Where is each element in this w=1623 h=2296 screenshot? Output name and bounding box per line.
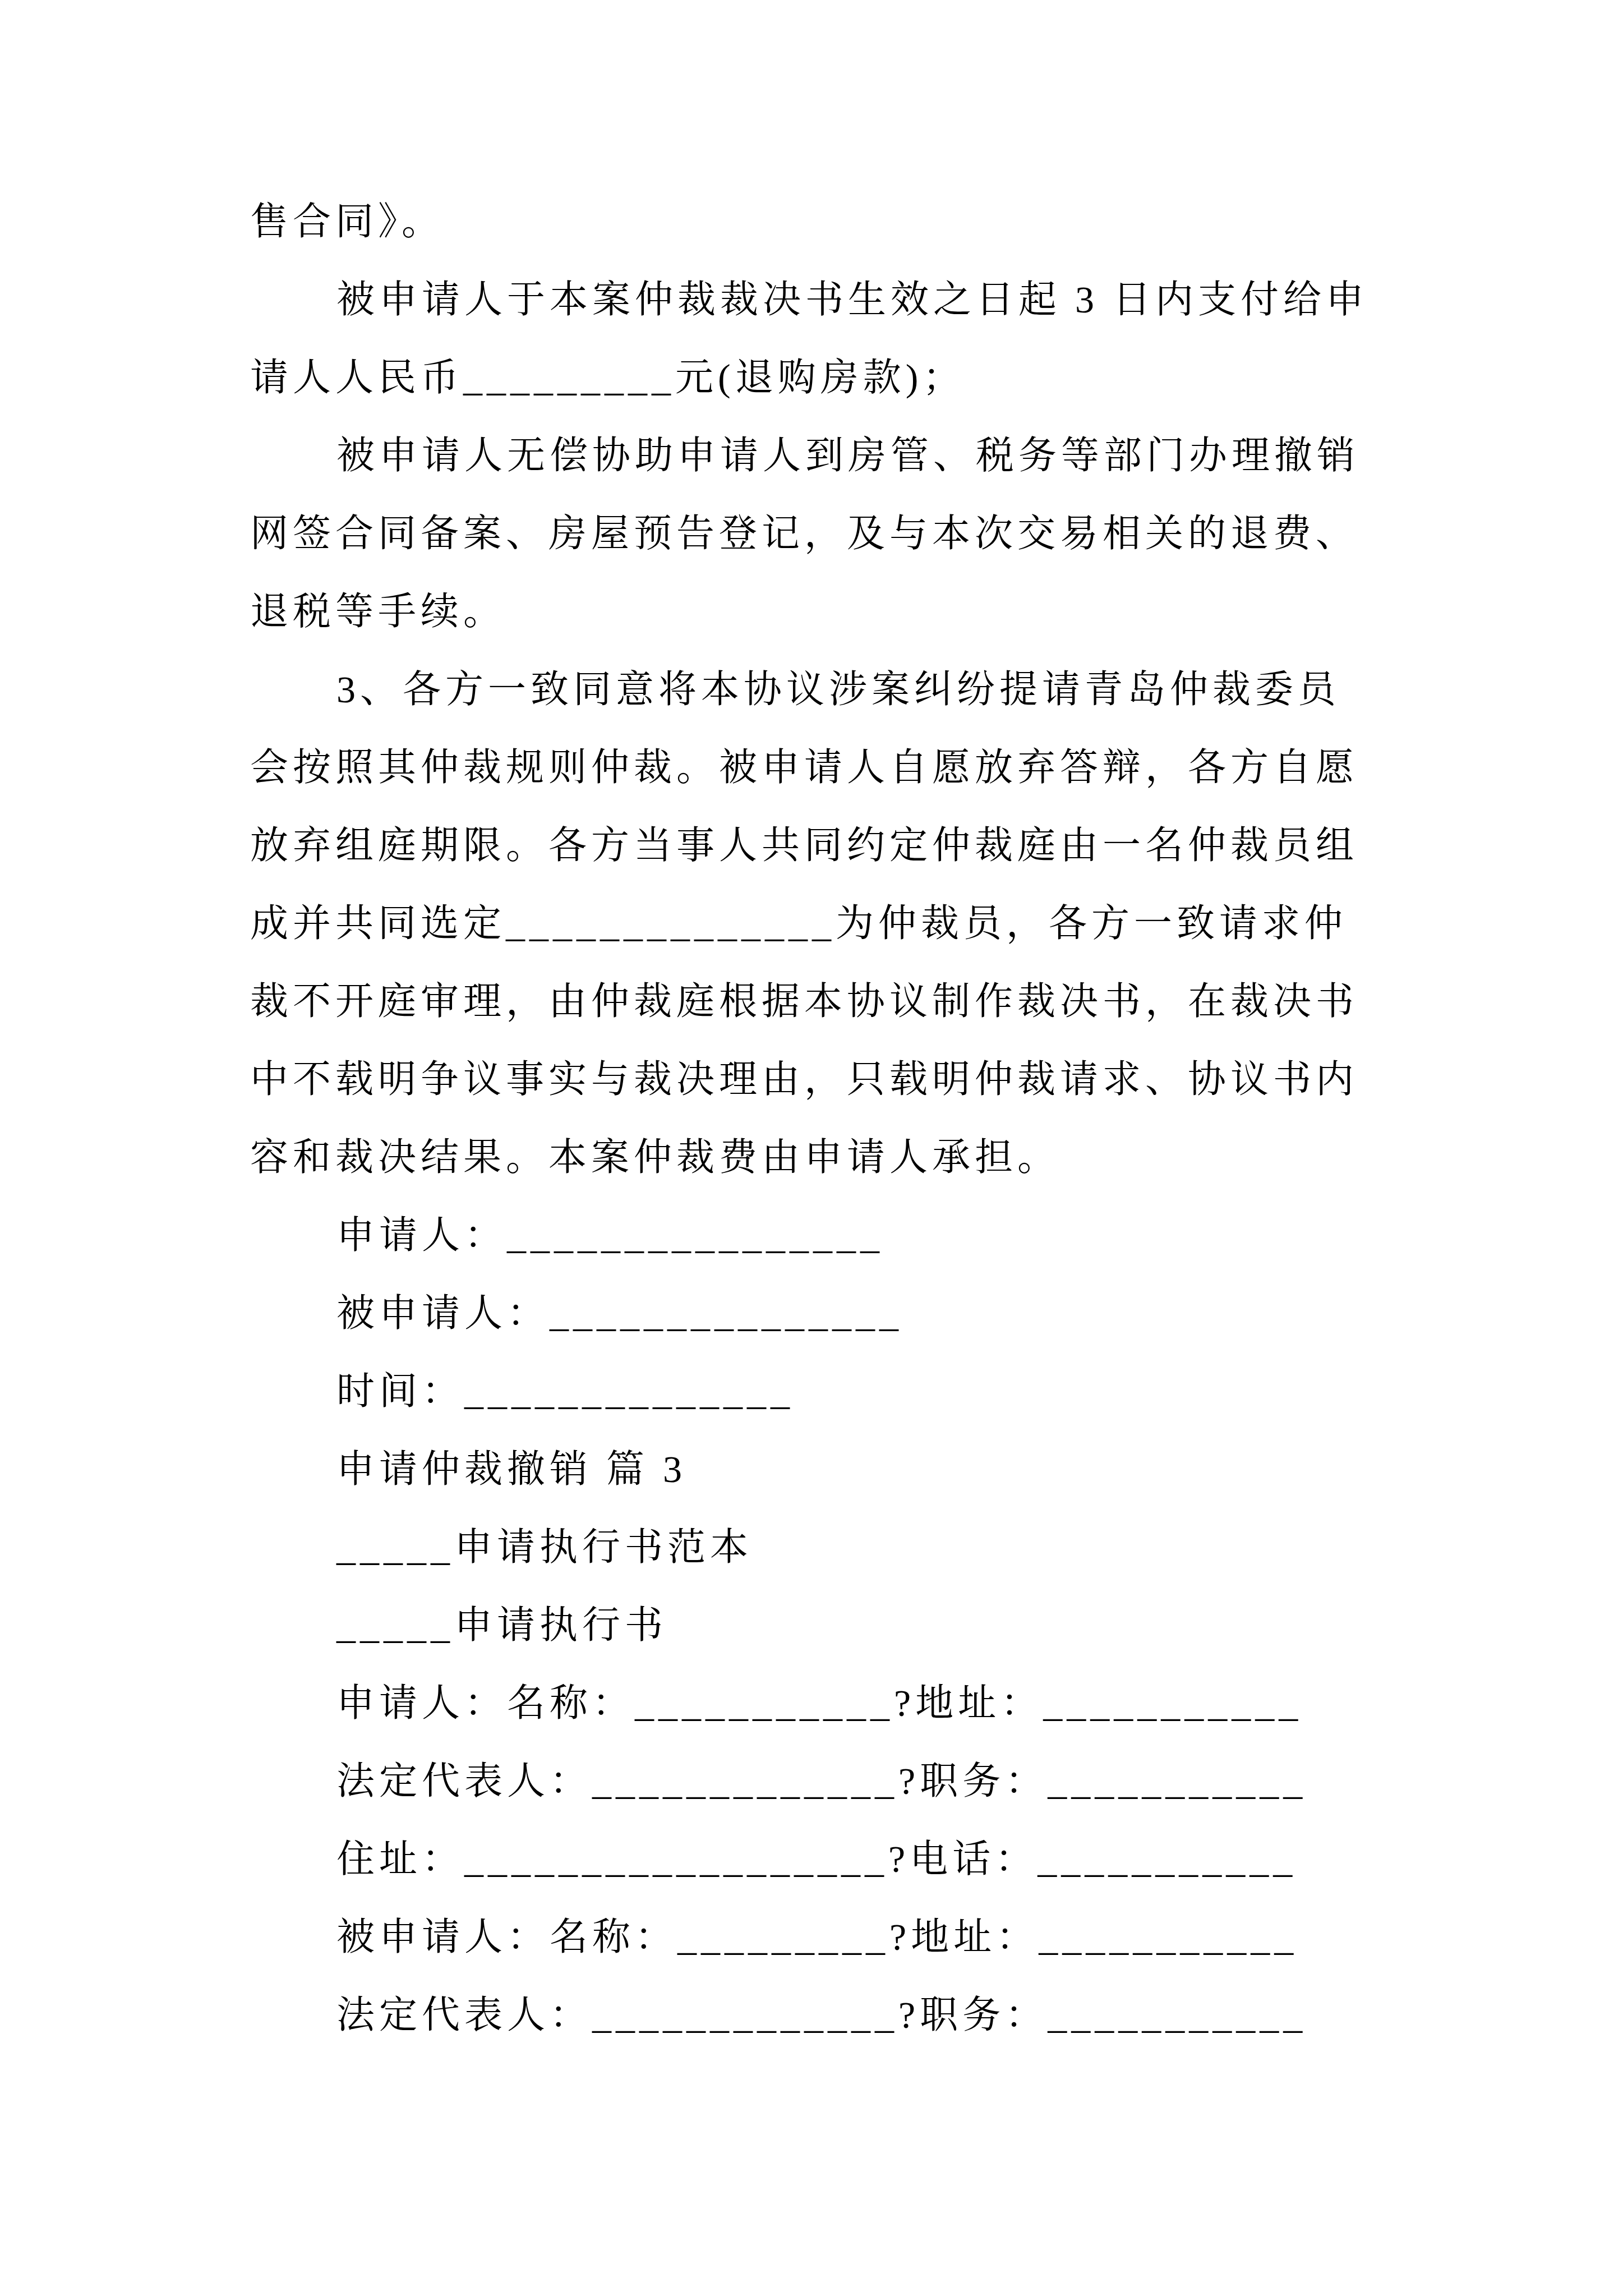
document-line: 退税等手续。 bbox=[250, 573, 1377, 651]
document-line: 被申请人于本案仲裁裁决书生效之日起 3 日内支付给申 bbox=[250, 261, 1377, 339]
document-line: 被申请人：_______________ bbox=[250, 1274, 1377, 1352]
document-line: 成并共同选定______________为仲裁员，各方一致请求仲 bbox=[250, 885, 1377, 963]
document-line: 法定代表人：_____________?职务：___________ bbox=[250, 1976, 1377, 2054]
document-line: 裁不开庭审理，由仲裁庭根据本协议制作裁决书，在裁决书 bbox=[250, 963, 1377, 1041]
document-line: 住址：__________________?电话：___________ bbox=[250, 1820, 1377, 1898]
document-line: 3、各方一致同意将本协议涉案纠纷提请青岛仲裁委员 bbox=[250, 651, 1377, 729]
document-line: 申请人：________________ bbox=[250, 1197, 1377, 1274]
document-line: 法定代表人：_____________?职务：___________ bbox=[250, 1742, 1377, 1820]
document-line: _____申请执行书范本 bbox=[250, 1508, 1377, 1586]
document-line: 被申请人无偿协助申请人到房管、税务等部门办理撤销 bbox=[250, 417, 1377, 495]
document-line: 申请仲裁撤销 篇 3 bbox=[250, 1430, 1377, 1508]
document-line: 网签合同备案、房屋预告登记，及与本次交易相关的退费、 bbox=[250, 495, 1377, 573]
document-line: 被申请人：名称：_________?地址：___________ bbox=[250, 1898, 1377, 1976]
document-line: 申请人：名称：___________?地址：___________ bbox=[250, 1664, 1377, 1742]
document-line: 时间：______________ bbox=[250, 1352, 1377, 1430]
document-line: _____申请执行书 bbox=[250, 1586, 1377, 1664]
document-line: 容和裁决结果。本案仲裁费由申请人承担。 bbox=[250, 1119, 1377, 1197]
document-line: 请人人民币_________元(退购房款)； bbox=[250, 339, 1377, 417]
document-line: 中不载明争议事实与裁决理由，只载明仲裁请求、协议书内 bbox=[250, 1041, 1377, 1119]
document-line: 售合同》。 bbox=[250, 183, 1377, 261]
document-line: 会按照其仲裁规则仲裁。被申请人自愿放弃答辩，各方自愿 bbox=[250, 729, 1377, 807]
document-page: 售合同》。被申请人于本案仲裁裁决书生效之日起 3 日内支付给申请人人民币____… bbox=[0, 0, 1623, 2296]
document-line: 放弃组庭期限。各方当事人共同约定仲裁庭由一名仲裁员组 bbox=[250, 807, 1377, 885]
document-body: 售合同》。被申请人于本案仲裁裁决书生效之日起 3 日内支付给申请人人民币____… bbox=[250, 183, 1377, 2054]
